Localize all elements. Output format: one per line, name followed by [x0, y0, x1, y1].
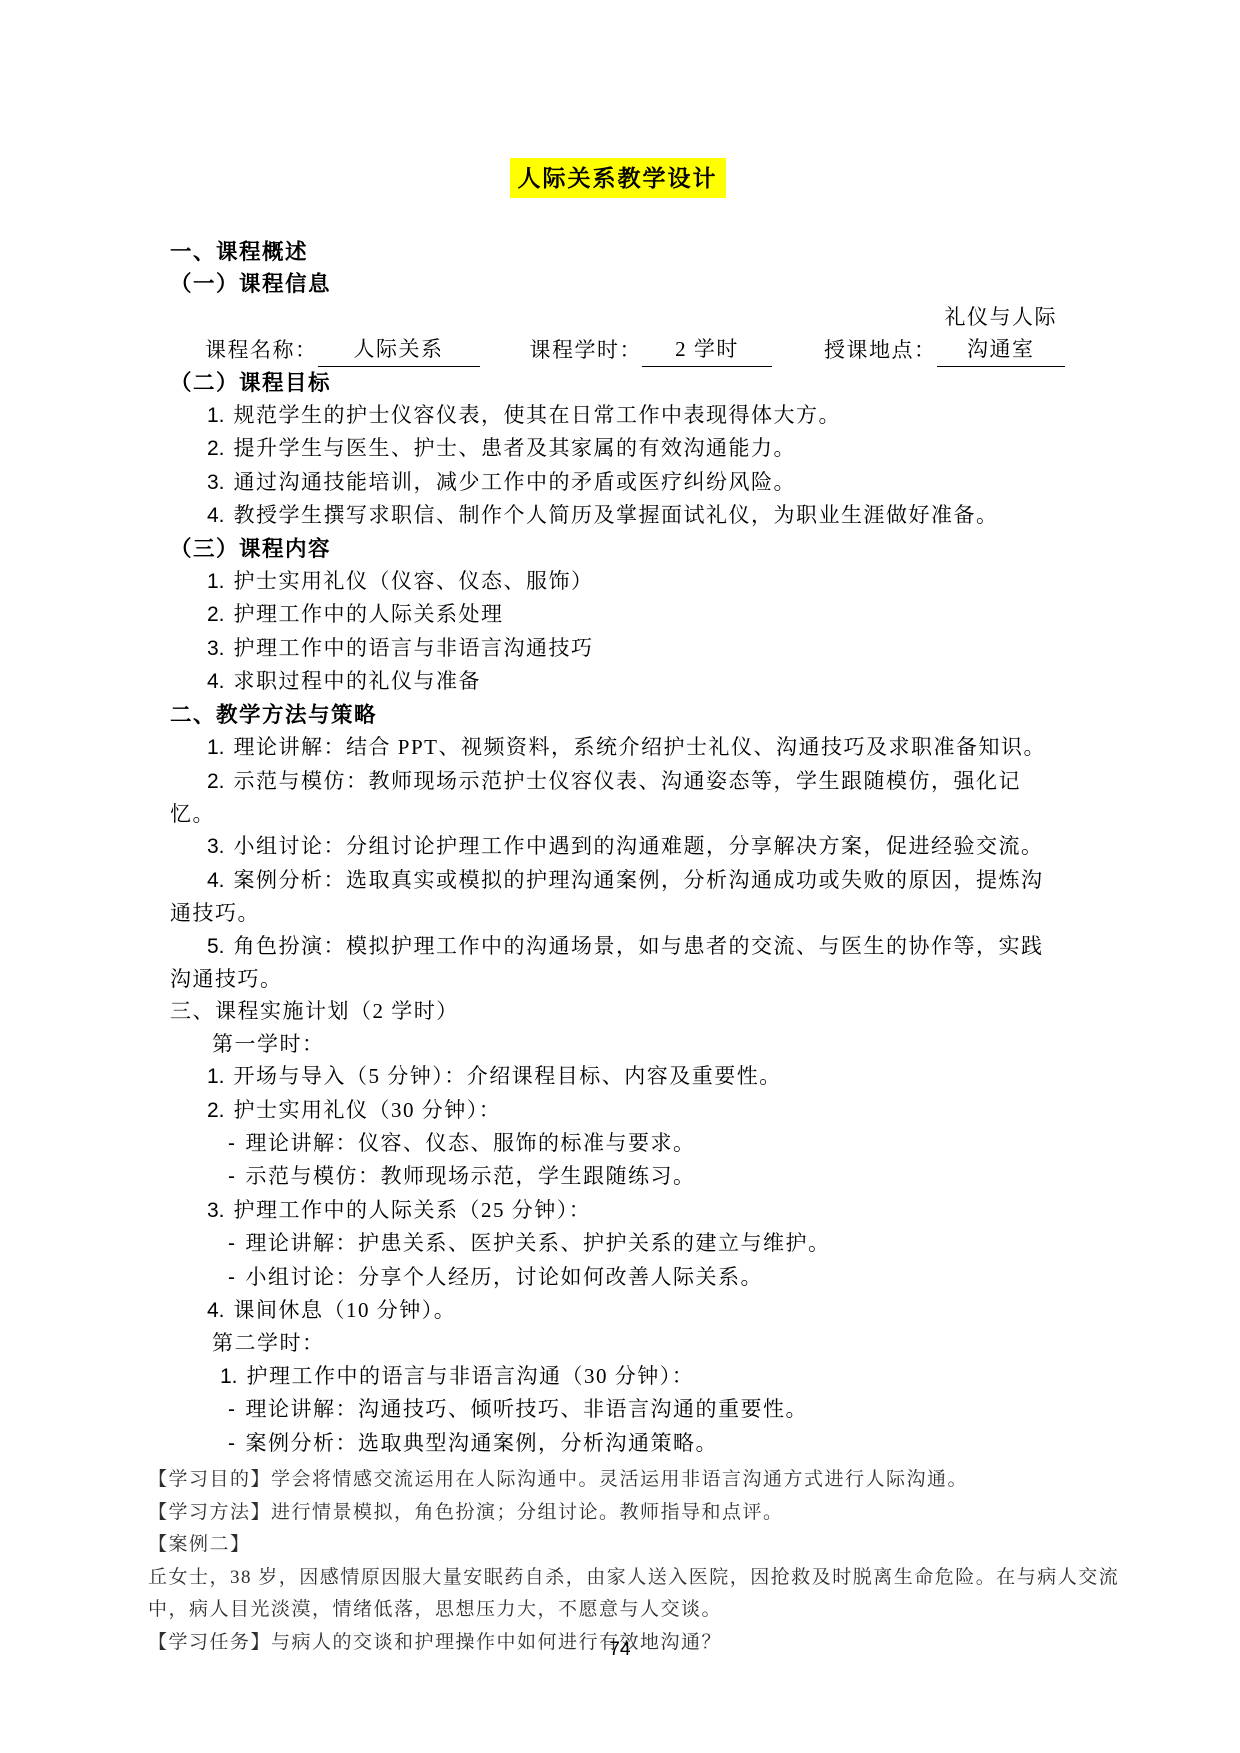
dash-marker: - — [228, 1165, 237, 1188]
method-item: 1.理论讲解：结合 PPT、视频资料，系统介绍护士礼仪、沟通技巧及求职准备知识。 — [170, 731, 1065, 764]
dash-marker: - — [228, 1432, 237, 1455]
item-number: 1. — [207, 736, 225, 759]
item-text: 教授学生撰写求职信、制作个人简历及掌握面试礼仪，为职业生涯做好准备。 — [234, 503, 999, 527]
item-number: 1. — [207, 404, 225, 427]
objective-item: 1.规范学生的护士仪容仪表，使其在日常工作中表现得体大方。 — [170, 399, 1065, 432]
item-text: 护士实用礼仪（30 分钟）： — [234, 1098, 502, 1122]
item-text: 通过沟通技能培训，减少工作中的矛盾或医疗纠纷风险。 — [234, 470, 797, 494]
note-purpose: 【学习目的】学会将情感交流运用在人际沟通中。灵活运用非语言沟通方式进行人际沟通。 — [148, 1464, 1140, 1497]
item-text: 开场与导入（5 分钟）：介绍课程目标、内容及重要性。 — [234, 1064, 782, 1088]
item-number: 3. — [207, 1199, 225, 1222]
method-item: 2.示范与模仿：教师现场示范护士仪容仪表、沟通姿态等，学生跟随模仿，强化记忆。 — [170, 765, 1065, 831]
item-number: 1. — [220, 1365, 238, 1388]
course-location-label: 授课地点： — [824, 334, 937, 366]
item-number: 5. — [207, 935, 225, 958]
note-method-text: 进行情景模拟，角色扮演；分组讨论。教师指导和点评。 — [271, 1502, 784, 1523]
plan-item: 3.护理工作中的人际关系（25 分钟）： — [170, 1194, 1065, 1227]
plan-sub-item: -案例分析：选取典型沟通案例，分析沟通策略。 — [170, 1427, 1065, 1460]
method-item: 5.角色扮演：模拟护理工作中的沟通场景，如与患者的交流、与医生的协作等，实践沟通… — [170, 930, 1065, 996]
note-purpose-text: 学会将情感交流运用在人际沟通中。灵活运用非语言沟通方式进行人际沟通。 — [271, 1469, 968, 1490]
item-text: 案例分析：选取典型沟通案例，分析沟通策略。 — [246, 1431, 719, 1455]
item-number: 4. — [207, 869, 225, 892]
course-location-value: 礼仪与人际沟通室 — [937, 301, 1066, 367]
heading-course-info: （一）课程信息 — [170, 268, 1065, 300]
item-text: 护士实用礼仪（仪容、仪态、服饰） — [234, 569, 594, 593]
item-text: 理论讲解：仪容、仪态、服饰的标准与要求。 — [246, 1131, 696, 1155]
case-body: 丘女士，38 岁，因感情原因服大量安眠药自杀，由家人送入医院，因抢救及时脱离生命… — [148, 1562, 1140, 1627]
heading-course-content: （三）课程内容 — [170, 533, 1065, 565]
item-text: 课间休息（10 分钟）。 — [234, 1298, 457, 1322]
item-number: 3. — [207, 637, 225, 660]
item-text: 理论讲解：结合 PPT、视频资料，系统介绍护士礼仪、沟通技巧及求职准备知识。 — [234, 735, 1046, 759]
item-number: 2. — [207, 437, 225, 460]
objective-item: 2.提升学生与医生、护士、患者及其家属的有效沟通能力。 — [170, 432, 1065, 465]
course-name-label: 课程名称： — [205, 334, 318, 366]
method-item: 4.案例分析：选取真实或模拟的护理沟通案例，分析沟通成功或失败的原因，提炼沟通技… — [170, 864, 1065, 930]
note-purpose-label: 【学习目的】 — [148, 1469, 271, 1490]
course-name-value: 人际关系 — [318, 333, 480, 366]
item-number: 2. — [207, 1099, 225, 1122]
item-number: 4. — [207, 504, 225, 527]
plan-sub-item: -示范与模仿：教师现场示范，学生跟随练习。 — [170, 1160, 1065, 1193]
plan-sub-item: -理论讲解：护患关系、医护关系、护护关系的建立与维护。 — [170, 1227, 1065, 1260]
plan-item: 4.课间休息（10 分钟）。 — [170, 1294, 1065, 1327]
item-text: 护理工作中的人际关系（25 分钟）： — [234, 1198, 592, 1222]
note-method-label: 【学习方法】 — [148, 1502, 271, 1523]
document-page: 人际关系教学设计 一、课程概述 （一）课程信息 课程名称：人际关系课程学时：2 … — [0, 0, 1240, 1753]
plan-item: 2.护士实用礼仪（30 分钟）： — [170, 1094, 1065, 1127]
item-text: 提升学生与医生、护士、患者及其家属的有效沟通能力。 — [234, 436, 797, 460]
item-number: 4. — [207, 1299, 225, 1322]
item-number: 2. — [207, 770, 225, 793]
notes-section: 【学习目的】学会将情感交流运用在人际沟通中。灵活运用非语言沟通方式进行人际沟通。… — [148, 1464, 1140, 1660]
plan-sub-item: -理论讲解：沟通技巧、倾听技巧、非语言沟通的重要性。 — [170, 1393, 1065, 1426]
doc-title: 人际关系教学设计 — [510, 158, 726, 198]
item-text: 规范学生的护士仪容仪表，使其在日常工作中表现得体大方。 — [234, 403, 842, 427]
item-text: 小组讨论：分组讨论护理工作中遇到的沟通难题，分享解决方案，促进经验交流。 — [234, 834, 1044, 858]
objective-item: 3.通过沟通技能培训，减少工作中的矛盾或医疗纠纷风险。 — [170, 466, 1065, 499]
plan-sub-item: -理论讲解：仪容、仪态、服饰的标准与要求。 — [170, 1127, 1065, 1160]
plan-item: 1.护理工作中的语言与非语言沟通（30 分钟）： — [170, 1360, 1065, 1393]
dash-marker: - — [228, 1266, 237, 1289]
course-info-row: 课程名称：人际关系课程学时：2 学时授课地点：礼仪与人际沟通室 — [170, 301, 1065, 367]
item-text: 护理工作中的人际关系处理 — [234, 602, 504, 626]
heading-overview: 一、课程概述 — [170, 236, 1065, 268]
hour1-label: 第一学时： — [170, 1028, 1065, 1060]
item-text: 理论讲解：护患关系、医护关系、护护关系的建立与维护。 — [246, 1231, 831, 1255]
plan-sub-item: -小组讨论：分享个人经历，讨论如何改善人际关系。 — [170, 1261, 1065, 1294]
dash-marker: - — [228, 1232, 237, 1255]
content-item: 3.护理工作中的语言与非语言沟通技巧 — [170, 632, 1065, 665]
case-heading-label: 【案例二】 — [148, 1534, 251, 1555]
page-number: 74 — [0, 1639, 1240, 1661]
item-text: 护理工作中的语言与非语言沟通技巧 — [234, 636, 594, 660]
content-item: 4.求职过程中的礼仪与准备 — [170, 665, 1065, 698]
item-text: 小组讨论：分享个人经历，讨论如何改善人际关系。 — [246, 1265, 764, 1289]
item-number: 3. — [207, 835, 225, 858]
item-text: 角色扮演：模拟护理工作中的沟通场景，如与患者的交流、与医生的协作等，实践沟通技巧… — [170, 934, 1044, 991]
item-number: 4. — [207, 670, 225, 693]
dash-marker: - — [228, 1398, 237, 1421]
hour2-label: 第二学时： — [170, 1327, 1065, 1359]
heading-plan: 三、课程实施计划（2 学时） — [170, 995, 1065, 1027]
heading-objectives: （二）课程目标 — [170, 367, 1065, 399]
content-item: 1.护士实用礼仪（仪容、仪态、服饰） — [170, 565, 1065, 598]
method-item: 3.小组讨论：分组讨论护理工作中遇到的沟通难题，分享解决方案，促进经验交流。 — [170, 830, 1065, 863]
item-number: 1. — [207, 1065, 225, 1088]
title-line: 人际关系教学设计 — [170, 158, 1065, 198]
case-heading: 【案例二】 — [148, 1529, 1140, 1562]
content-item: 2.护理工作中的人际关系处理 — [170, 598, 1065, 631]
item-text: 案例分析：选取真实或模拟的护理沟通案例，分析沟通成功或失败的原因，提炼沟通技巧。 — [170, 868, 1044, 925]
course-hours-value: 2 学时 — [642, 333, 772, 366]
item-text: 示范与模仿：教师现场示范，学生跟随练习。 — [246, 1164, 696, 1188]
item-number: 3. — [207, 471, 225, 494]
item-number: 1. — [207, 570, 225, 593]
item-text: 理论讲解：沟通技巧、倾听技巧、非语言沟通的重要性。 — [246, 1397, 809, 1421]
plan-item: 1.开场与导入（5 分钟）：介绍课程目标、内容及重要性。 — [170, 1060, 1065, 1093]
heading-methods: 二、教学方法与策略 — [170, 699, 1065, 731]
item-text: 示范与模仿：教师现场示范护士仪容仪表、沟通姿态等，学生跟随模仿，强化记忆。 — [170, 769, 1021, 826]
document-content: 人际关系教学设计 一、课程概述 （一）课程信息 课程名称：人际关系课程学时：2 … — [0, 0, 1240, 1660]
item-text: 求职过程中的礼仪与准备 — [234, 669, 482, 693]
objective-item: 4.教授学生撰写求职信、制作个人简历及掌握面试礼仪，为职业生涯做好准备。 — [170, 499, 1065, 532]
item-number: 2. — [207, 603, 225, 626]
dash-marker: - — [228, 1132, 237, 1155]
item-text: 护理工作中的语言与非语言沟通（30 分钟）： — [247, 1364, 695, 1388]
note-method: 【学习方法】进行情景模拟，角色扮演；分组讨论。教师指导和点评。 — [148, 1497, 1140, 1530]
course-hours-label: 课程学时： — [530, 334, 643, 366]
